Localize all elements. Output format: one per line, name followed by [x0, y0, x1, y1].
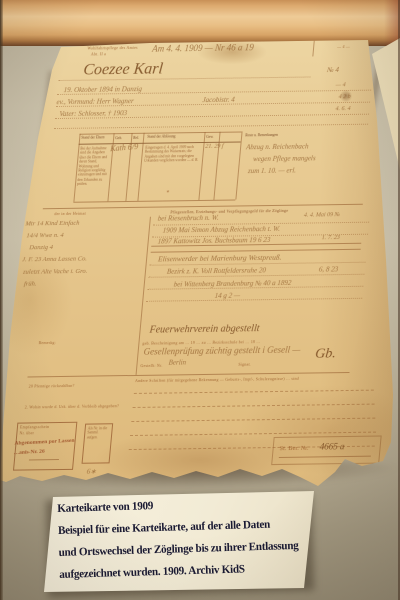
table-note-line: wegen Pflege mangels [253, 154, 316, 163]
table-bottom-rule [73, 200, 235, 203]
care-right-line: 1897 Kattowitz Jos. Buchsbaum 19 6 23 [157, 236, 270, 246]
table-note-line: zum 1. 10. — erl. [248, 167, 297, 176]
card-office-print-line1: Wohlfahrtspflege des Amtes [87, 45, 147, 51]
register-underline [279, 456, 371, 458]
care-right-line: 1909 Mai Simon Abzug Reichenbach t. W. [162, 225, 280, 235]
header-divider [312, 40, 314, 56]
card-form: Wohlfahrtspflege des Amtes Abt. II a Am … [18, 38, 380, 479]
care-right-line: Elisenwerder bei Marienburg Westpreuß. [158, 253, 282, 264]
table-header-cell: Rel. [133, 136, 142, 141]
blank-dash-line [133, 404, 375, 408]
card-office-print-line2: Abt. II a [91, 51, 131, 57]
table-col4-mark: ∗ [166, 188, 170, 193]
detail-entry: — 4 [335, 82, 345, 88]
table-col2-entry: Kath 6/9 [110, 142, 138, 153]
stamp-impression-1: Abgenommen por Lassen [14, 438, 74, 447]
care-left-line: Mtr 14 Kind Einfach [25, 220, 80, 228]
care-left-line: früh. [24, 280, 37, 287]
photo-edge-left [0, 0, 3, 600]
table-col5-entry: 21. 29 f [205, 144, 224, 150]
care-rule-strong [151, 249, 361, 253]
wood-frame-top [0, 0, 400, 46]
table-col1-paragraph: Bei der Aufnahme sind die Angaben über d… [77, 146, 111, 186]
table-header-cell: Reste u. Bemerkungen [245, 132, 315, 137]
detail-entry: 4. 6. 4 [335, 106, 351, 112]
stamp-box-1: Empfangsschein Nr. über Abgenommen por L… [13, 422, 77, 471]
stamp-box-print-1: Empfangsschein [20, 424, 50, 429]
care-right-line: 14 g 2 — [214, 291, 240, 299]
table-header-cell: Gew. [206, 135, 218, 140]
stamp-box2-mark: 6∗ [86, 468, 96, 476]
section-header-left: der in der Heimat [54, 210, 144, 216]
detail-entry: 4 2 b [338, 94, 351, 100]
stamp-impression-2: …anis-Nr. 26 [13, 449, 44, 457]
remark-script-1: Feuerwehrverein abgestellt [149, 323, 260, 336]
care-right-line: Bezirk z. K. Voll Rottfeldersruhe 20 [167, 266, 267, 275]
table-col4-paragraph: Eingetragen d. 4. April 1909 nach Bestim… [144, 145, 201, 163]
stamp-box2-print: Als Nr. in die Samml. aufgen. [87, 426, 110, 440]
care-right-line: bei Wittenberg Brandenburg № 40 a 1892 [173, 279, 291, 289]
documents-label-1: 20 Pfennige rückzahlbar? [28, 382, 126, 388]
remark-script-a: Berlin [168, 358, 186, 366]
care-left-line: J. F. 23 Anna Lassen Co. [22, 256, 87, 264]
table-note-line: Abzug n. Reichenbach [246, 143, 309, 152]
card-name-number: № 4 [327, 66, 340, 74]
documents-label-2: 2. Wohin wurde d. Urk. über d. Verbleib … [25, 403, 125, 409]
care-left-line: zuletzt Alte Vache i. Gro. [23, 268, 88, 276]
blank-dash-line [134, 390, 374, 394]
museum-label: Karteikarte von 1909 Beispiel für eine K… [44, 491, 316, 593]
remark-print-b: Signat. [238, 361, 251, 366]
care-right-num: 6, 8 23 [319, 265, 339, 273]
table-header-cell: Stand der Ablösung [147, 134, 201, 139]
remark-flourish: Gb. [314, 346, 336, 362]
blank-dash-line [131, 418, 375, 422]
remark-script-2: Gesellenprüfung züchtig gestellt i Gesel… [143, 345, 301, 357]
card-corner-note: — 4 — [337, 44, 373, 50]
care-left-line: 14/4 Wwe n. 4 [26, 232, 64, 240]
detail-rule [54, 124, 368, 129]
stamp-box-2: Als Nr. in die Samml. aufgen. [82, 423, 114, 463]
table-header-cell: Geb. [115, 136, 129, 141]
care-right-line: bei Riesenbruch n. W. [157, 214, 219, 223]
register-print: St. Ber. Nr. [279, 447, 309, 452]
care-right-num: 1. 7. 23 [321, 235, 340, 241]
care-left-line: Danzig 4 [29, 244, 53, 251]
care-right-num: 4. 4. Mai 09 № [304, 212, 341, 219]
card-date-entry: Am 4. 4. 1909 — Nr 46 a 19 [152, 42, 254, 53]
stamp-box-print-2: Nr. über [19, 430, 34, 435]
stamp-underline [29, 459, 59, 460]
museum-label-text: Karteikarte von 1909 Beispiel für eine K… [57, 491, 310, 586]
care-rule [146, 298, 362, 302]
remark-label: Bemerkg: [38, 340, 56, 345]
documents-print-line: Andere Schriften (für mitgegebene Bekenn… [135, 375, 365, 383]
table-header-cell: Stand der Eltern [81, 135, 111, 140]
card-name-script: Coezee Karl [83, 61, 164, 80]
remark-print-a: Gestellt: Nr. [140, 363, 163, 368]
exhibit-photo: Wohlfahrtspflege des Amtes Abt. II a Am … [0, 0, 400, 600]
register-entry: 4665 a [319, 441, 345, 451]
register-box: St. Ber. Nr. 4665 a [271, 436, 382, 466]
